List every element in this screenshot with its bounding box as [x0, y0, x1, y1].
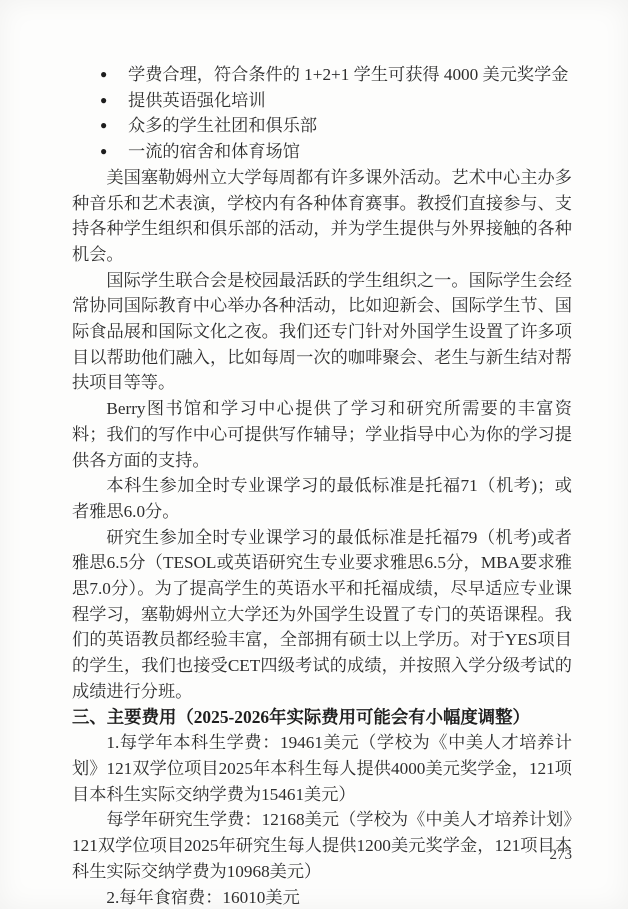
page-number: 273	[550, 845, 573, 865]
list-item: ● 众多的学生社团和俱乐部	[72, 113, 572, 139]
bullet-text: 学费合理，符合条件的 1+2+1 学生可获得 4000 美元奖学金	[128, 65, 568, 84]
list-item: ● 学费合理，符合条件的 1+2+1 学生可获得 4000 美元奖学金	[72, 62, 572, 88]
body-paragraph: 美国塞勒姆州立大学每周都有许多课外活动。艺术中心主办多种音乐和艺术表演，学校内有…	[72, 165, 572, 268]
body-paragraph: 国际学生联合会是校园最活跃的学生组织之一。国际学生会经常协同国际教育中心举办各种…	[72, 268, 572, 397]
list-item: ● 提供英语强化培训	[72, 88, 572, 114]
body-paragraph: Berry图书馆和学习中心提供了学习和研究所需要的丰富资料；我们的写作中心可提供…	[72, 396, 572, 473]
bullet-text: 众多的学生社团和俱乐部	[128, 116, 317, 135]
bullet-icon: ●	[100, 88, 107, 114]
section-heading: 三、主要费用（2025-2026年实际费用可能会有小幅度调整）	[72, 705, 572, 731]
bullet-icon: ●	[100, 139, 107, 165]
bullet-text: 提供英语强化培训	[128, 91, 266, 110]
fee-paragraph: 2.每年食宿费：16010美元	[72, 885, 572, 909]
body-paragraph: 研究生参加全时专业课学习的最低标准是托福79（机考)或者雅思6.5分（TESOL…	[72, 525, 572, 705]
body-paragraph: 本科生参加全时专业课学习的最低标准是托福71（机考)；或者雅思6.0分。	[72, 473, 572, 524]
fee-paragraph: 1.每学年本科生学费：19461美元（学校为《中美人才培养计划》121双学位项目…	[72, 730, 572, 807]
highlights-bullet-list: ● 学费合理，符合条件的 1+2+1 学生可获得 4000 美元奖学金 ● 提供…	[72, 62, 572, 165]
bullet-icon: ●	[100, 113, 107, 139]
fee-paragraph: 每学年研究生学费：12168美元（学校为《中美人才培养计划》121双学位项目20…	[72, 807, 572, 884]
bullet-text: 一流的宿舍和体育场馆	[128, 142, 300, 161]
list-item: ● 一流的宿舍和体育场馆	[72, 139, 572, 165]
page-content: ● 学费合理，符合条件的 1+2+1 学生可获得 4000 美元奖学金 ● 提供…	[72, 62, 572, 909]
bullet-icon: ●	[100, 62, 107, 88]
document-page: ● 学费合理，符合条件的 1+2+1 学生可获得 4000 美元奖学金 ● 提供…	[0, 0, 628, 909]
